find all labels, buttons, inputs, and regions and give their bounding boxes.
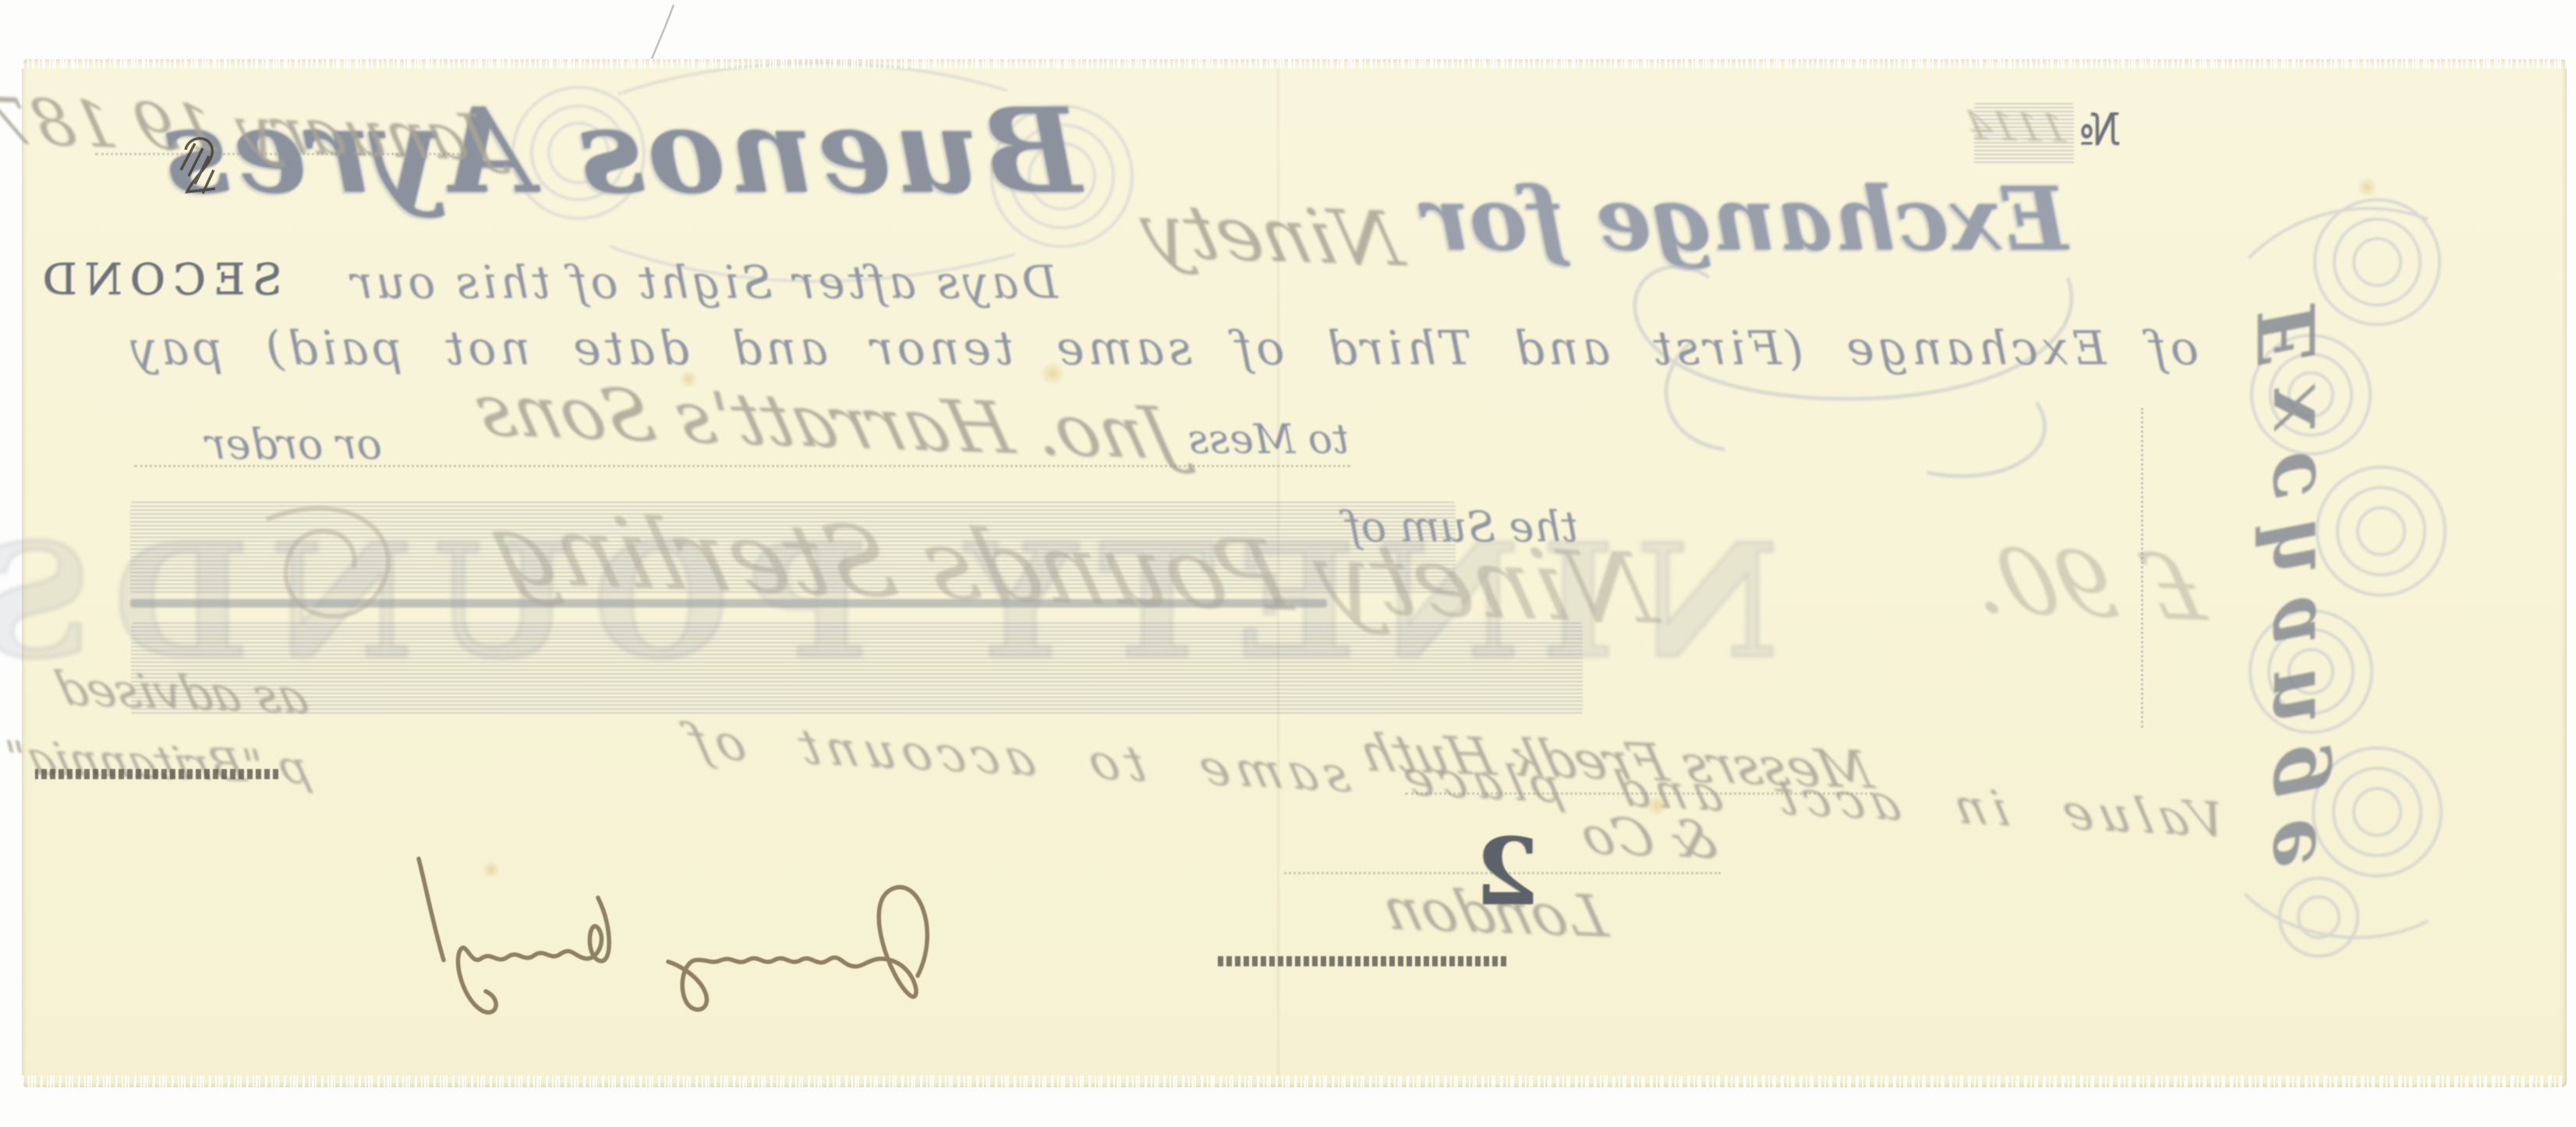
tenor-handwritten: Ninety bbox=[1132, 187, 1410, 283]
border-vertical-label: Exchange bbox=[2242, 303, 2334, 888]
drawee-city-underline bbox=[1218, 956, 1506, 966]
fold-crease bbox=[1277, 59, 1279, 1087]
or-order-label: or order bbox=[206, 420, 382, 469]
drawee-line2: & Co bbox=[1575, 806, 1724, 870]
amount-box-rule bbox=[2141, 408, 2143, 728]
border-scrollwork-ornament: Exchange bbox=[2241, 188, 2436, 960]
retraced-date-digit bbox=[172, 126, 226, 212]
payee-rule bbox=[134, 465, 1350, 467]
scanned-bill-of-exchange-verso: Exchange № 1114 Exchange for bbox=[0, 0, 2576, 1127]
stray-fibre bbox=[644, 3, 683, 66]
foxing-spot bbox=[678, 370, 699, 388]
drawee-rule1 bbox=[1405, 792, 1873, 795]
drawer-signature bbox=[294, 843, 964, 1030]
amount-flourish-loop bbox=[259, 496, 407, 636]
foxing-spot bbox=[1645, 796, 1668, 816]
advised-handwritten: as advised bbox=[50, 661, 313, 725]
bill-number-value: 1114 bbox=[1961, 103, 2072, 151]
date-rule bbox=[95, 153, 469, 155]
foxing-spot bbox=[1039, 362, 1066, 385]
paper-sheet: Exchange № 1114 Exchange for bbox=[22, 59, 2567, 1087]
second-label: SECOND bbox=[35, 254, 282, 304]
foxing-spot bbox=[482, 861, 501, 878]
mirrored-bleed-through-layer: Exchange № 1114 Exchange for bbox=[22, 59, 2567, 1087]
foxing-spot bbox=[2356, 178, 2378, 197]
bill-number-label: № bbox=[2079, 105, 2121, 155]
currency-figures: £ 90. bbox=[1958, 530, 2214, 642]
payee-prefix: to Mess bbox=[1188, 416, 1349, 463]
per-note-underline bbox=[35, 769, 278, 779]
sight-line: Days after Sight of this our bbox=[348, 256, 1058, 309]
exchange-clause: of Exchange (First and Third of same ten… bbox=[127, 321, 2199, 376]
per-note-handwritten: p "Britannia" bbox=[0, 731, 315, 794]
payee-handwritten: Jno. Harratt's Sons bbox=[466, 369, 1185, 477]
set-numeral: 2 bbox=[1475, 817, 1539, 926]
